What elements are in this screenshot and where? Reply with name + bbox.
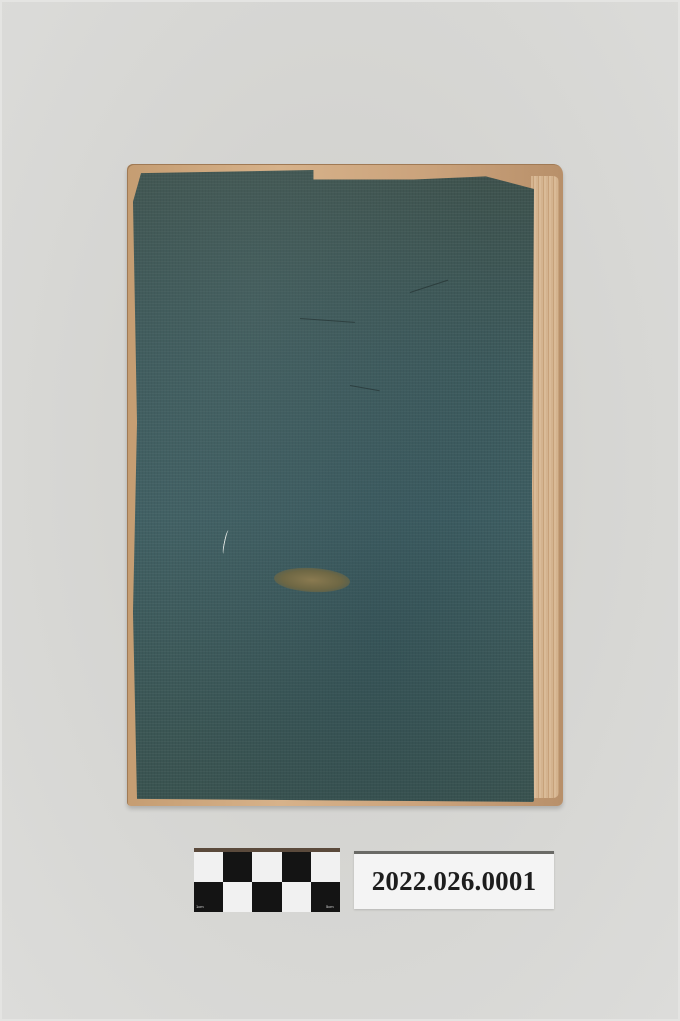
accession-number: 2022.026.0001: [372, 866, 537, 897]
scale-square: [223, 882, 252, 912]
scale-left-label: 1cm: [196, 904, 204, 909]
scale-square: [282, 882, 311, 912]
scale-bar: [194, 848, 340, 912]
scale-square: [194, 852, 223, 882]
scale-square: [252, 882, 281, 912]
scale-right-label: 5cm: [326, 904, 334, 909]
scale-square: [223, 852, 252, 882]
accession-label: 2022.026.0001: [354, 851, 554, 909]
book-back-cover: [133, 170, 534, 802]
page-edges: [531, 176, 559, 798]
scale-square: [311, 852, 340, 882]
scale-square: [282, 852, 311, 882]
scale-square: [252, 852, 281, 882]
